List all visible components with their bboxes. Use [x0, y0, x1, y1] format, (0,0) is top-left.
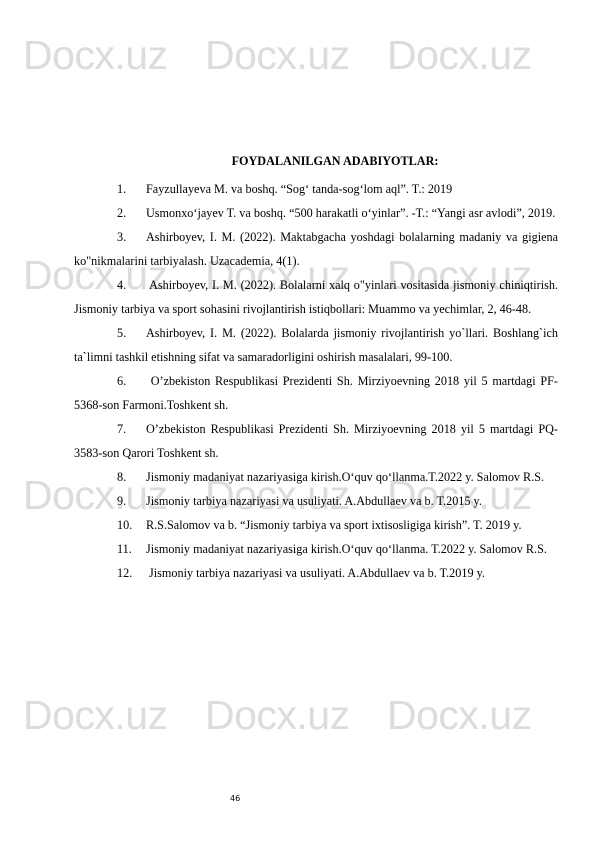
- reference-text: O’zbekiston Respublikasi Prezidenti Sh. …: [74, 422, 558, 460]
- reference-item: 7.O’zbekiston Respublikasi Prezidenti Sh…: [74, 417, 558, 465]
- reference-number: 11.: [117, 537, 146, 561]
- reference-text: Fayzullayeva M. va boshq. “Sog‘ tanda-so…: [146, 182, 452, 196]
- references-heading: FOYDALANILGAN ADABIYOTLAR:: [74, 153, 558, 169]
- reference-item: 8.Jismoniy madaniyat nazariyasiga kirish…: [74, 465, 558, 489]
- reference-number: 6.: [117, 369, 146, 393]
- reference-item: 12. Jismoniy tarbiya nazariyasi va usuli…: [74, 561, 558, 585]
- reference-number: 12.: [117, 561, 146, 585]
- reference-item: 10.R.S.Salomov va b. “Jismoniy tarbiya v…: [74, 513, 558, 537]
- reference-number: 5.: [117, 321, 146, 345]
- reference-item: 6. O’zbekiston Respublikasi Prezidenti S…: [74, 369, 558, 417]
- reference-item: 5.Ashirboyev, I. M. (2022). Bolalarda ji…: [74, 321, 558, 369]
- reference-text: O’zbekiston Respublikasi Prezidenti Sh. …: [74, 374, 558, 412]
- reference-text: Jismoniy madaniyat nazariyasiga kirish.O…: [146, 542, 547, 556]
- reference-item: 4. Ashirboyev, I. M. (2022). Bolalarni x…: [74, 273, 558, 321]
- reference-item: 3.Ashirboyev, I. M. (2022). Maktabgacha …: [74, 225, 558, 273]
- reference-number: 9.: [117, 489, 146, 513]
- reference-number: 7.: [117, 417, 146, 441]
- reference-item: 11.Jismoniy madaniyat nazariyasiga kiris…: [74, 537, 558, 561]
- reference-number: 1.: [117, 177, 146, 201]
- reference-text: Usmonxo‘jayev T. va boshq. “500 harakatl…: [146, 206, 555, 220]
- reference-number: 10.: [117, 513, 146, 537]
- reference-number: 8.: [117, 465, 146, 489]
- reference-text: Jismoniy madaniyat nazariyasiga kirish.O…: [146, 470, 544, 484]
- reference-number: 2.: [117, 201, 146, 225]
- reference-text: R.S.Salomov va b. “Jismoniy tarbiya va s…: [146, 518, 522, 532]
- reference-text: Ashirboyev, I. M. (2022). Bolalarda jism…: [74, 326, 558, 364]
- reference-item: 2.Usmonxo‘jayev T. va boshq. “500 haraka…: [74, 201, 558, 225]
- reference-text: Jismoniy tarbiya nazariyasi va usuliyati…: [146, 566, 485, 580]
- reference-number: 4.: [117, 273, 146, 297]
- document-page: FOYDALANILGAN ADABIYOTLAR: 1.Fayzullayev…: [0, 0, 595, 842]
- reference-text: Jismoniy tarbiya nazariyasi va usuliyati…: [146, 494, 482, 508]
- reference-number: 3.: [117, 225, 146, 249]
- references-list: 1.Fayzullayeva M. va boshq. “Sog‘ tanda-…: [74, 177, 558, 585]
- reference-item: 9.Jismoniy tarbiya nazariyasi va usuliya…: [74, 489, 558, 513]
- reference-text: Ashirboyev, I. M. (2022). Maktabgacha yo…: [74, 230, 558, 268]
- reference-item: 1.Fayzullayeva M. va boshq. “Sog‘ tanda-…: [74, 177, 558, 201]
- reference-text: Ashirboyev, I. M. (2022). Bolalarni xalq…: [74, 278, 558, 316]
- page-number: 46: [230, 794, 240, 804]
